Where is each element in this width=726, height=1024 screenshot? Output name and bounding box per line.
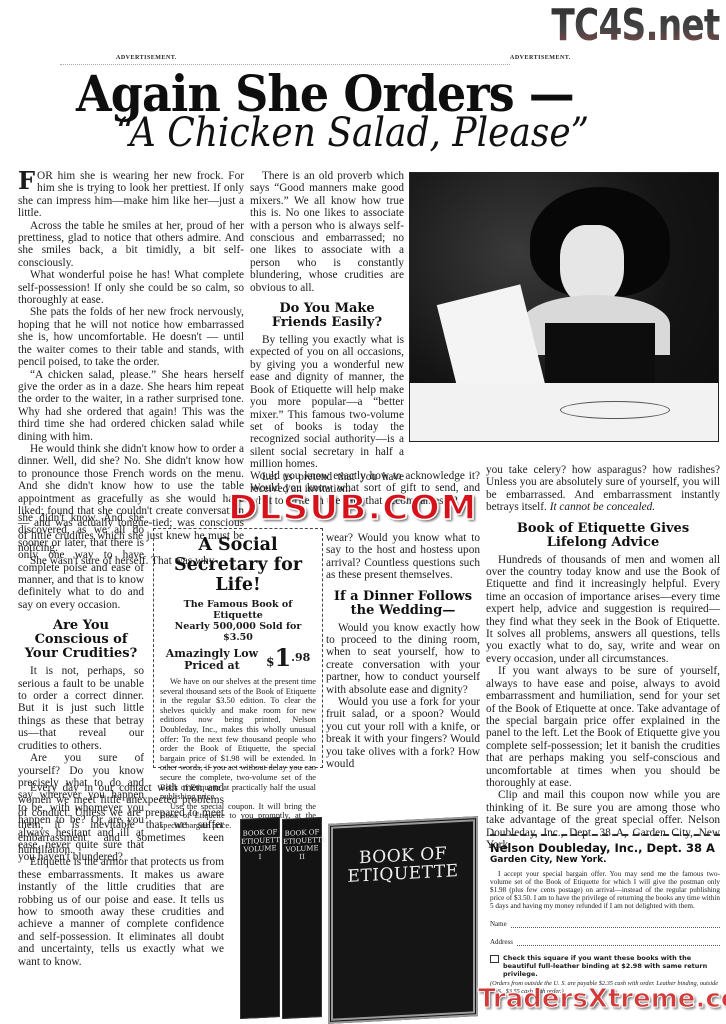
paragraph: What wonderful poise he has! What comple… [18, 269, 244, 306]
paragraph: wear? Would you know what to say to the … [326, 532, 480, 582]
column2-top: There is an old proverb which says “Good… [250, 170, 404, 495]
promo-price-label: Amazingly Low Priced at [166, 648, 258, 672]
paragraph: “A chicken salad, please.” She hears her… [18, 369, 244, 443]
paragraph: Etiquette is the armor that protects us … [18, 856, 224, 968]
promo-subtitle: The Famous Book of Etiquette Nearly 500,… [160, 599, 316, 643]
coupon-body: I accept your special bargain offer. You… [490, 870, 720, 910]
checkbox-label: Check this square if you want these book… [503, 954, 720, 978]
spine-text: BOOK OF ETIQUETTE VOLUME I [241, 818, 279, 862]
coupon-leather-option[interactable]: Check this square if you want these book… [490, 954, 720, 978]
price-label-line2: Priced at [166, 660, 258, 672]
emphasis: It cannot be concealed. [550, 501, 655, 513]
leather-checkbox[interactable] [490, 955, 499, 963]
paragraph: We have on our shelves at the present ti… [160, 677, 316, 802]
dropcap: F [18, 171, 35, 191]
address-line[interactable] [517, 940, 720, 946]
paragraph: There is an old proverb which says “Good… [250, 170, 404, 294]
advertisement-label-left: ADVERTISEMENT. [116, 55, 177, 61]
price-cents: .98 [291, 651, 310, 664]
watermark-dlsub: DLSUB.COM [228, 488, 477, 528]
promo-subtitle-line2: Nearly 500,000 Sold for $3.50 [160, 621, 316, 643]
column2-bottom: wear? Would you know what to say to the … [326, 532, 480, 771]
paragraph: Would you use a fork for your fruit sala… [326, 696, 480, 770]
name-label: Name [490, 920, 507, 928]
spine-text: BOOK OF ETIQUETTE VOLUME II [283, 818, 321, 862]
promo-box: A Social Secretary for Life! The Famous … [153, 528, 323, 768]
promo-price-row: Amazingly Low Priced at $1.98 [160, 648, 316, 672]
paragraph: OR him she is wearing her new frock. For… [18, 170, 244, 219]
coupon-name-field[interactable]: Name [490, 920, 720, 928]
watermark-tradersxtreme: TradersXtreme.com [478, 984, 726, 1014]
book-spine-volume1: BOOK OF ETIQUETTE VOLUME I [240, 817, 280, 1019]
address-label: Address [490, 938, 513, 946]
paragraph: If you want always to be sure of yoursel… [486, 665, 720, 789]
heading-friends: Do You Make Friends Easily? [250, 302, 404, 330]
paragraph: Hundreds of thousands of men and women a… [486, 554, 720, 666]
name-line[interactable] [511, 922, 720, 928]
column1-lead: FOR him she is wearing her new frock. Fo… [18, 170, 244, 567]
heading-crudities: Are You Conscious of Your Crudities? [18, 619, 144, 661]
book-cover: BOOK OF ETIQUETTE [328, 816, 478, 1024]
paragraph: Would you know exactly how to proceed to… [326, 622, 480, 696]
column3: you take celery? how asparagus? how radi… [486, 464, 720, 851]
paragraph: She pats the folds of her new frock nerv… [18, 306, 244, 368]
paragraph: Across the table he smiles at her, proud… [18, 220, 244, 270]
price-dollars: 1 [274, 643, 291, 672]
promo-price: $1.98 [266, 648, 310, 672]
coupon-company: Nelson Doubleday, Inc., Dept. 38 A [490, 842, 720, 855]
photo-plate [560, 401, 670, 419]
subheadline: “A Chicken Salad, Please” [116, 110, 589, 156]
paragraph: she didn't know. And she discovered, as … [18, 512, 144, 611]
paragraph: It is not, perhaps, so serious a fault t… [18, 665, 144, 752]
photo-face [560, 225, 624, 305]
book-image: BOOK OF ETIQUETTE VOLUME I BOOK OF ETIQU… [228, 800, 484, 1024]
cover-title: BOOK OF ETIQUETTE [333, 843, 473, 886]
coupon-address-field[interactable]: Address [490, 938, 720, 946]
paragraph: By telling you exactly what is expected … [250, 334, 404, 470]
woman-photo [409, 172, 719, 442]
watermark-tc4s: TC4S.net [552, 0, 720, 51]
book-spine-volume2: BOOK OF ETIQUETTE VOLUME II [282, 817, 322, 1019]
promo-subtitle-line1: The Famous Book of Etiquette [160, 599, 316, 621]
advertisement-label-right: ADVERTISEMENT. [510, 55, 571, 61]
order-coupon: Nelson Doubleday, Inc., Dept. 38 A Garde… [490, 834, 720, 995]
heading-dinner: If a Dinner Follows the Wedding— [326, 590, 480, 618]
coupon-location: Garden City, New York. [490, 855, 720, 866]
promo-title: A Social Secretary for Life! [160, 535, 316, 595]
heading-lifelong-advice: Book of Etiquette Gives Lifelong Advice [486, 522, 720, 550]
